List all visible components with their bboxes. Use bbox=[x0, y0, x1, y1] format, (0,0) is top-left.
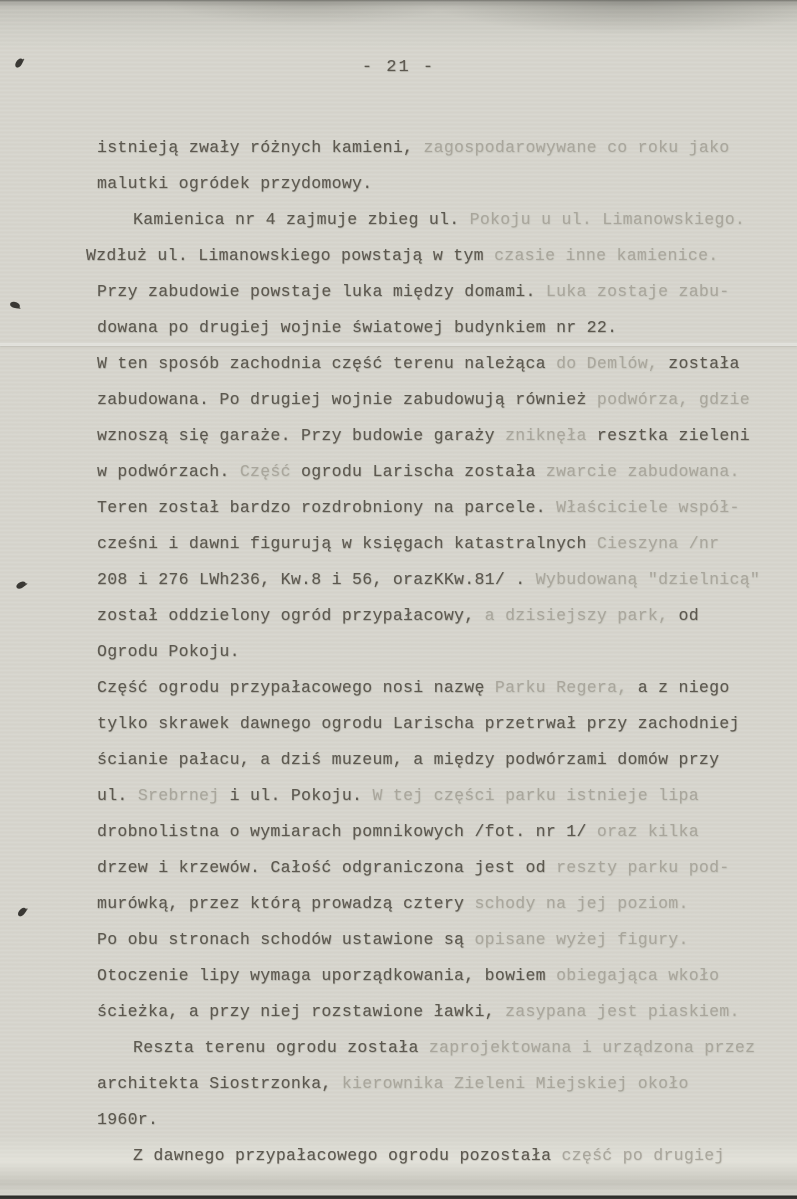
text-segment: resztka zieleni bbox=[597, 426, 750, 445]
text-segment: W ten sposób zachodnia część terenu nale… bbox=[97, 354, 556, 373]
text-line: ul. Srebrnej i ul. Pokoju. W tej części … bbox=[0, 778, 797, 814]
text-segment: murówką, przez którą prowadzą cztery bbox=[97, 894, 474, 913]
document-text: istnieją zwały różnych kamieni, zagospod… bbox=[0, 130, 797, 1174]
text-line: Przy zabudowie powstaje luka między doma… bbox=[0, 274, 797, 310]
text-segment: schody na jej poziom. bbox=[474, 894, 688, 913]
text-segment: tylko skrawek dawnego ogrodu Larischa pr… bbox=[97, 714, 740, 733]
text-segment: W tej części parku istnieje lipa bbox=[372, 786, 698, 805]
text-segment: architekta Siostrzonka, bbox=[97, 1074, 342, 1093]
text-line: Teren został bardzo rozdrobniony na parc… bbox=[0, 490, 797, 526]
text-segment: Właściciele współ- bbox=[556, 498, 740, 517]
text-segment: Cieszyna /nr bbox=[597, 534, 719, 553]
text-segment: Pokoju u ul. Limanowskiego. bbox=[470, 210, 745, 229]
text-segment: podwórza, gdzie bbox=[597, 390, 750, 409]
text-line: malutki ogródek przydomowy. bbox=[0, 166, 797, 202]
scan-shadow-top-mid bbox=[160, 0, 460, 26]
text-segment: zasypana jest piaskiem. bbox=[505, 1002, 740, 1021]
text-segment: Część bbox=[240, 462, 301, 481]
text-line: istnieją zwały różnych kamieni, zagospod… bbox=[0, 130, 797, 166]
text-line: drobnolistna o wymiarach pomnikowych /fo… bbox=[0, 814, 797, 850]
text-segment: zabudowana. Po drugiej wojnie zabudowują… bbox=[97, 390, 597, 409]
text-line: w podwórzach. Część ogrodu Larischa zost… bbox=[0, 454, 797, 490]
text-segment: a dzisiejszy park, bbox=[485, 606, 679, 625]
text-line: Kamienica nr 4 zajmuje zbieg ul. Pokoju … bbox=[0, 202, 797, 238]
text-segment: Wybudowaną "dzielnicą" bbox=[536, 570, 760, 589]
text-line: zabudowana. Po drugiej wojnie zabudowują… bbox=[0, 382, 797, 418]
text-segment: zagospodarowywane co roku jako bbox=[423, 138, 729, 157]
text-segment: drzew i krzewów. Całość odgraniczona jes… bbox=[97, 858, 556, 877]
text-line: wznoszą się garaże. Przy budowie garaży … bbox=[0, 418, 797, 454]
scan-shadow-top-right bbox=[430, 0, 797, 34]
text-segment: opisane wyżej figury. bbox=[474, 930, 688, 949]
text-segment: ul. bbox=[97, 786, 138, 805]
text-segment: zaprojektowana i urządzona przez bbox=[429, 1038, 755, 1057]
text-segment: od bbox=[679, 606, 699, 625]
text-segment: kierownika Zieleni Miejskiej około bbox=[342, 1074, 689, 1093]
text-segment: zniknęła bbox=[505, 426, 597, 445]
scanned-document-page: - 21 - istnieją zwały różnych kamieni, z… bbox=[0, 0, 797, 1199]
text-segment: a z niego bbox=[638, 678, 730, 697]
text-segment: w podwórzach. bbox=[97, 462, 240, 481]
text-segment: obiegająca wkoło bbox=[556, 966, 719, 985]
page-number: - 21 - bbox=[0, 58, 797, 77]
text-line: Otoczenie lipy wymaga uporządkowania, bo… bbox=[0, 958, 797, 994]
text-line: dowana po drugiej wojnie światowej budyn… bbox=[0, 310, 797, 346]
text-segment: Srebrnej bbox=[138, 786, 230, 805]
text-segment: malutki ogródek przydomowy. bbox=[97, 174, 372, 193]
text-segment: drobnolistna o wymiarach pomnikowych /fo… bbox=[97, 822, 597, 841]
text-segment: wznoszą się garaże. Przy budowie garaży bbox=[97, 426, 505, 445]
text-segment: cześni i dawni figurują w księgach katas… bbox=[97, 534, 597, 553]
text-line: Część ogrodu przypałacowego nosi nazwę P… bbox=[0, 670, 797, 706]
text-segment: dowana po drugiej wojnie światowej budyn… bbox=[97, 318, 617, 337]
text-segment: ścieżka, a przy niej rozstawione ławki, bbox=[97, 1002, 505, 1021]
text-line: tylko skrawek dawnego ogrodu Larischa pr… bbox=[0, 706, 797, 742]
text-line: 1960r. bbox=[0, 1102, 797, 1138]
text-segment: Część ogrodu przypałacowego nosi nazwę bbox=[97, 678, 495, 697]
text-segment: 208 i 276 LWh236, Kw.8 i 56, orazKKw.81/… bbox=[97, 570, 536, 589]
text-segment: Parku Regera, bbox=[495, 678, 638, 697]
text-segment: ścianie pałacu, a dziś muzeum, a między … bbox=[97, 750, 719, 769]
text-line: ścianie pałacu, a dziś muzeum, a między … bbox=[0, 742, 797, 778]
text-segment: zwarcie zabudowana. bbox=[546, 462, 740, 481]
text-segment: Kamienica nr 4 zajmuje zbieg ul. bbox=[133, 210, 470, 229]
text-segment: Ogrodu Pokoju. bbox=[97, 642, 240, 661]
text-line: został oddzielony ogród przypałacowy, a … bbox=[0, 598, 797, 634]
text-line: Z dawnego przypałacowego ogrodu pozostał… bbox=[0, 1138, 797, 1174]
text-segment: Otoczenie lipy wymaga uporządkowania, bo… bbox=[97, 966, 556, 985]
text-segment: został oddzielony ogród przypałacowy, bbox=[97, 606, 485, 625]
text-segment: czasie inne kamienice. bbox=[494, 246, 718, 265]
text-line: Po obu stronach schodów ustawione są opi… bbox=[0, 922, 797, 958]
text-line: 208 i 276 LWh236, Kw.8 i 56, orazKKw.81/… bbox=[0, 562, 797, 598]
text-line: W ten sposób zachodnia część terenu nale… bbox=[0, 346, 797, 382]
text-segment: Luka zostaje zabu- bbox=[546, 282, 730, 301]
text-segment: część po drugiej bbox=[561, 1146, 724, 1165]
text-line: Reszta terenu ogrodu została zaprojektow… bbox=[0, 1030, 797, 1066]
text-segment: Reszta terenu ogrodu została bbox=[133, 1038, 429, 1057]
text-segment: do Demlów, bbox=[556, 354, 668, 373]
text-line: drzew i krzewów. Całość odgraniczona jes… bbox=[0, 850, 797, 886]
text-segment: Po obu stronach schodów ustawione są bbox=[97, 930, 474, 949]
text-line: ścieżka, a przy niej rozstawione ławki, … bbox=[0, 994, 797, 1030]
text-segment: została bbox=[668, 354, 739, 373]
text-segment: istnieją zwały różnych kamieni, bbox=[97, 138, 423, 157]
text-line: Ogrodu Pokoju. bbox=[0, 634, 797, 670]
text-segment: Przy zabudowie powstaje luka między doma… bbox=[97, 282, 546, 301]
text-line: murówką, przez którą prowadzą cztery sch… bbox=[0, 886, 797, 922]
text-line: Wzdłuż ul. Limanowskiego powstają w tym … bbox=[0, 238, 797, 274]
text-segment: Wzdłuż ul. Limanowskiego powstają w tym bbox=[86, 246, 494, 265]
text-segment: 1960r. bbox=[97, 1110, 158, 1129]
text-segment: Z dawnego przypałacowego ogrodu pozostał… bbox=[133, 1146, 561, 1165]
text-segment: oraz kilka bbox=[597, 822, 699, 841]
text-line: cześni i dawni figurują w księgach katas… bbox=[0, 526, 797, 562]
text-segment: reszty parku pod- bbox=[556, 858, 729, 877]
text-line: architekta Siostrzonka, kierownika Ziele… bbox=[0, 1066, 797, 1102]
text-segment: Teren został bardzo rozdrobniony na parc… bbox=[97, 498, 556, 517]
text-segment: ogrodu Larischa została bbox=[301, 462, 546, 481]
text-segment: i ul. Pokoju. bbox=[230, 786, 373, 805]
